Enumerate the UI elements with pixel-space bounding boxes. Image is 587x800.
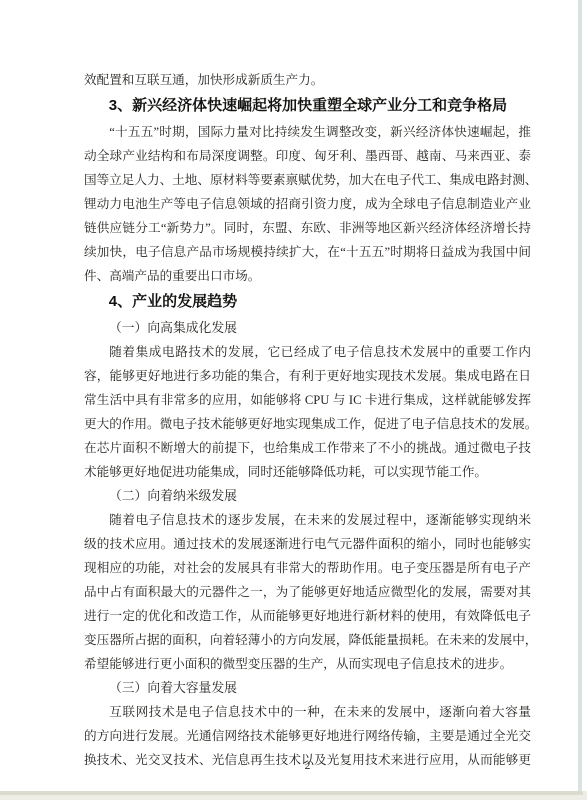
text-line: 续加快，电子信息产品市场规模持续扩大，在“十五五”时期将日益成为我国中间: [84, 240, 531, 264]
sub-heading: （二）向着纳米级发展: [84, 484, 531, 508]
paragraph: 随着电子信息技术的逐步发展，在未来的发展过程中，逐渐能够实现纳米级的技术应用。通…: [84, 508, 531, 676]
text-line: 在芯片面积不断增大的前提下，也给集成工作带来了不小的挑战。通过微电子技: [84, 436, 531, 460]
page-number: 2: [84, 760, 531, 772]
text-line: 更大的作用。微电子技术能够更好地实现集成工作，促进了电子信息技术的发展。: [84, 412, 531, 436]
text-line: 品中占有面积最大的元器件之一，为了能够更好地适应微型化的发展，需要对其: [84, 580, 531, 604]
text-line: 国等立足人力、土地、原材料等要素禀赋优势，加大在电子代工、集成电路封测、: [84, 168, 531, 192]
text-line: 效配置和互联互通，加快形成新质生产力。: [84, 68, 531, 92]
paragraph: 效配置和互联互通，加快形成新质生产力。: [84, 68, 531, 92]
document-body: 效配置和互联互通，加快形成新质生产力。3、新兴经济体快速崛起将加快重塑全球产业分…: [84, 68, 531, 772]
text-line: 随着集成电路技术的发展，它已经成了电子信息技术发展中的重要工作内: [84, 340, 531, 364]
text-line: （一）向高集成化发展: [84, 316, 531, 340]
text-line: 锂动力电池生产等电子信息领域的招商引资力度，成为全球电子信息制造业产业: [84, 192, 531, 216]
sub-heading: （一）向高集成化发展: [84, 316, 531, 340]
text-line: 动全球产业结构和布局深度调整。印度、匈牙利、墨西哥、越南、马来西亚、泰: [84, 144, 531, 168]
paragraph: “十五五”时期，国际力量对比持续发生调整改变，新兴经济体快速崛起，推动全球产业结…: [84, 120, 531, 288]
text-line: 进行一定的优化和改造工作，从而能够更好地进行新材料的使用，有效降低电子: [84, 604, 531, 628]
text-line: 常生活中具有非常多的应用，如能够将 CPU 与 IC 卡进行集成，这样就能够发挥: [84, 388, 531, 412]
section-heading: 3、新兴经济体快速崛起将加快重塑全球产业分工和竞争格局: [84, 92, 531, 120]
text-line: 术能够更好地促进功能集成，同时还能够降低功耗，可以实现节能工作。: [84, 460, 531, 484]
text-line: 变压器所占据的面积，向着轻薄小的方向发展，降低能量损耗。在未来的发展中，: [84, 628, 531, 652]
paragraph: 随着集成电路技术的发展，它已经成了电子信息技术发展中的重要工作内容，能够更好地进…: [84, 340, 531, 484]
sub-heading: （三）向着大容量发展: [84, 676, 531, 700]
text-line: （三）向着大容量发展: [84, 676, 531, 700]
text-line: 现相应的功能，对社会的发展具有非常大的帮助作用。电子变压器是所有电子产: [84, 556, 531, 580]
page-bottom-edge: [0, 791, 583, 795]
text-line: 级的技术应用。通过技术的发展逐渐进行电气元器件面积的缩小，同时也能够实: [84, 532, 531, 556]
text-line: 链供应链分工“新势力”。同时，东盟、东欧、非洲等地区新兴经济体经济增长持: [84, 216, 531, 240]
text-line: “十五五”时期，国际力量对比持续发生调整改变，新兴经济体快速崛起，推: [84, 120, 531, 144]
text-line: 容，能够更好地进行多功能的集合，有利于更好地实现技术发展。集成电路在日: [84, 364, 531, 388]
text-line: 3、新兴经济体快速崛起将加快重塑全球产业分工和竞争格局: [84, 92, 531, 120]
text-line: 随着电子信息技术的逐步发展，在未来的发展过程中，逐渐能够实现纳米: [84, 508, 531, 532]
text-line: 希望能够进行更小面积的微型变压器的生产，从而实现电子信息技术的进步。: [84, 652, 531, 676]
section-heading: 4、产业的发展趋势: [84, 288, 531, 316]
text-line: 4、产业的发展趋势: [84, 288, 531, 316]
text-line: 互联网技术是电子信息技术中的一种，在未来的发展中，逐渐向着大容量: [84, 700, 531, 724]
text-line: 的方向进行发展。光通信网络技术能够更好地进行网络传输，主要是通过全光交: [84, 724, 531, 748]
text-line: 件、高端产品的重要出口市场。: [84, 264, 531, 288]
page-right-edge: [578, 0, 582, 791]
document-viewer: 效配置和互联互通，加快形成新质生产力。3、新兴经济体快速崛起将加快重塑全球产业分…: [0, 0, 587, 800]
text-line: （二）向着纳米级发展: [84, 484, 531, 508]
